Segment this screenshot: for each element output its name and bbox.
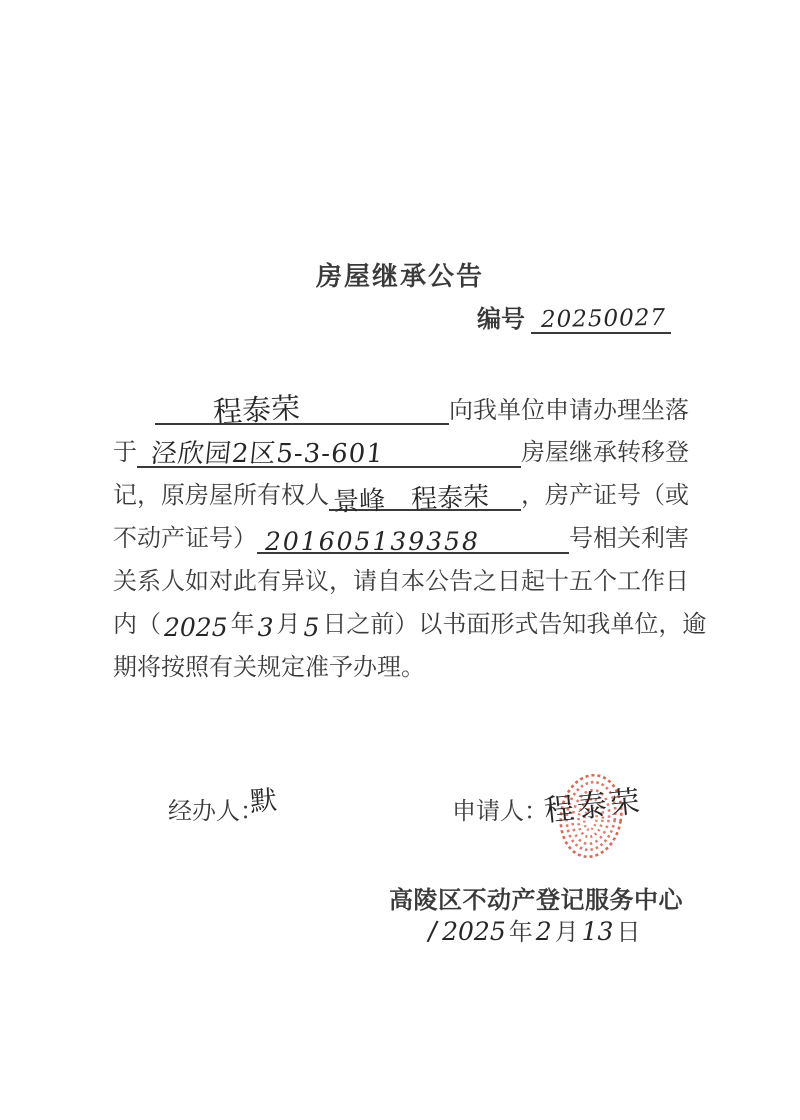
body-line-7: 期将按照有关规定准予办理。 xyxy=(113,639,689,682)
handwritten-applicant-name: 程泰荣 xyxy=(212,394,300,428)
handwritten-slash-mark: / xyxy=(426,917,439,945)
printed-pre-6: 内（ xyxy=(113,611,161,639)
printed-text-5: 关系人如对此有异议，请自本公告之日起十五个工作日 xyxy=(113,568,689,596)
printed-month-label: 月 xyxy=(277,611,301,639)
applicant-label: 申请人： xyxy=(452,798,548,827)
blank-applicant-name: 程泰荣 xyxy=(155,382,449,425)
applicant-signature: 程泰荣 xyxy=(543,787,645,827)
printed-issue-month-label: 月 xyxy=(555,919,579,947)
printed-text-7: 期将按照有关规定准予办理。 xyxy=(113,654,425,682)
handwritten-doc-number: 20250027 xyxy=(531,306,670,332)
printed-suffix-3: ，房产证号（或 xyxy=(521,482,689,510)
scanned-notice-page: 房屋继承公告 编号 20250027 程泰荣 向我单位申请办理坐落 于 泾欣园2… xyxy=(0,0,800,1120)
issuing-organization: 高陵区不动产登记服务中心 xyxy=(380,880,692,915)
doc-number-blank: 20250027 xyxy=(531,308,671,334)
issue-date-line: / 2025 年 2 月 13 日 xyxy=(428,918,640,947)
handwritten-certificate-number: 201605139358 xyxy=(265,529,480,554)
printed-issue-year-label: 年 xyxy=(509,919,533,947)
body-line-5: 关系人如对此有异议，请自本公告之日起十五个工作日 xyxy=(113,554,689,597)
printed-prefix-2: 于 xyxy=(113,439,137,467)
handwritten-deadline-day: 5 xyxy=(301,615,323,640)
printed-text-1: 向我单位申请办理坐落 xyxy=(449,397,689,425)
handwritten-issue-year: 2025 xyxy=(439,919,509,944)
notice-body: 程泰荣 向我单位申请办理坐落 于 泾欣园2区5-3-601 房屋继承转移登 记，… xyxy=(113,382,689,682)
body-line-6: 内（ 2025 年 3 月 5 日之前）以书面形式告知我单位，逾 xyxy=(113,596,689,639)
page-title: 房屋继承公告 xyxy=(0,256,800,293)
printed-prefix-3: 记，原房屋所有权人 xyxy=(113,482,329,510)
handwritten-property-address: 泾欣园2区5-3-601 xyxy=(150,441,386,467)
blank-original-owners: 景峰 程泰荣 xyxy=(329,468,521,511)
handler-signature: 默 xyxy=(249,787,278,816)
handwritten-deadline-year: 2025 xyxy=(161,615,231,640)
body-line-2: 于 泾欣园2区5-3-601 房屋继承转移登 xyxy=(113,425,689,468)
printed-suffix-2: 房屋继承转移登 xyxy=(521,439,689,467)
body-line-4: 不动产证号） 201605139358 号相关利害 xyxy=(113,511,689,554)
printed-prefix-4: 不动产证号） xyxy=(113,525,257,553)
handwritten-issue-day: 13 xyxy=(579,919,617,944)
body-line-1: 程泰荣 向我单位申请办理坐落 xyxy=(113,382,689,425)
printed-issue-day-label: 日 xyxy=(616,919,640,947)
printed-suffix-6: 日之前）以书面形式告知我单位，逾 xyxy=(322,611,706,639)
blank-certificate-number: 201605139358 xyxy=(257,511,569,554)
doc-number-label: 编号 xyxy=(477,306,525,334)
body-line-3: 记，原房屋所有权人 景峰 程泰荣 ，房产证号（或 xyxy=(113,468,689,511)
printed-suffix-4: 号相关利害 xyxy=(569,525,689,553)
handwritten-deadline-month: 3 xyxy=(255,615,277,640)
blank-property-address: 泾欣园2区5-3-601 xyxy=(137,425,521,468)
handwritten-original-owners: 景峰 程泰荣 xyxy=(333,484,490,515)
handwritten-issue-month: 2 xyxy=(533,919,555,944)
doc-number-line: 编号 20250027 xyxy=(477,306,671,334)
printed-year-label: 年 xyxy=(231,611,255,639)
